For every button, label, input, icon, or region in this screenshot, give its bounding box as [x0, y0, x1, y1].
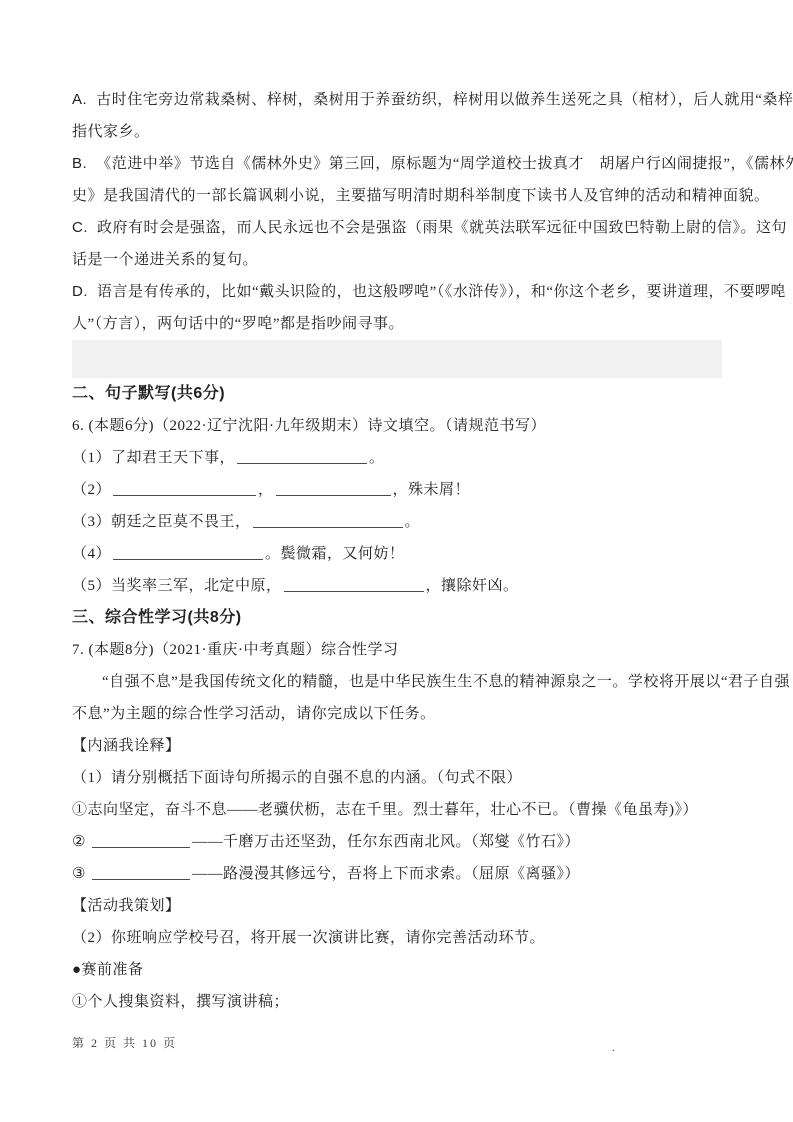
option-a-label: A. [72, 91, 87, 108]
option-c-line-2: 话是一个递进关系的复句。 [72, 244, 721, 276]
dictation-item-2-pre: （2） [72, 482, 111, 498]
option-d-line-2: 人”（方言），两句话中的“罗唣”都是指吵闹寻事。 [72, 308, 721, 340]
poem-item-3: ③——路漫漫其修远兮，吾将上下而求索。（屈原《离骚》） [72, 858, 721, 890]
section3-heading: 三、综合性学习(共8分) [72, 602, 721, 634]
stray-period-mark: . [612, 1040, 615, 1055]
option-d-line-1: D.语言是有传承的，比如“戴头识险的，也这般啰唣”（《水浒传》），和“你这个老乡… [72, 276, 721, 308]
step-item-1: ①个人搜集资料，撰写演讲稿； [72, 986, 721, 1018]
poem-item-2-text: ——千磨万击还坚劲，任尔东西南北风。（郑燮《竹石》） [192, 834, 580, 850]
option-c-text-2: 话是一个递进关系的复句。 [72, 252, 258, 268]
dictation-item-4: （4）。鬓微霜，又何妨！ [72, 538, 721, 570]
option-b-line-2: 史》是我国清代的一部长篇讽刺小说，主要描写明清时期科举制度下读书人及官绅的活动和… [72, 180, 721, 212]
page-content: A.古时住宅旁边常栽桑树、梓树，桑树用于养蚕纺织，梓树用以做养生送死之具（棺材）… [72, 84, 721, 1018]
document-page: A.古时住宅旁边常栽桑树、梓树，桑树用于养蚕纺织，梓树用以做养生送死之具（棺材）… [0, 0, 793, 1122]
dictation-item-3: （3）朝廷之臣莫不畏王，。 [72, 506, 721, 538]
answer-blank-poem-2[interactable] [92, 834, 190, 848]
answer-blank-5[interactable] [284, 578, 424, 592]
dictation-item-4-pre: （4） [72, 546, 111, 562]
dictation-item-5: （5）当奖率三军，北定中原，，攘除奸凶。 [72, 570, 721, 602]
option-d-text-2: 人”（方言），两句话中的“罗唣”都是指吵闹寻事。 [72, 316, 404, 332]
subquestion-1: （1）请分别概括下面诗句所揭示的自强不息的内涵。（句式不限） [72, 762, 721, 794]
dictation-item-1: （1）了却君王天下事，。 [72, 442, 721, 474]
dictation-item-2-post: ，殊未屑！ [393, 482, 471, 498]
option-c-line-1: C.政府有时会是强盗，而人民永远也不会是强盗（雨果《就英法联军远征中国致巴特勒上… [72, 212, 721, 244]
poem-item-1: ①志向坚定，奋斗不息——老骥伏枥，志在千里。烈士暮年，壮心不已。（曹操《龟虽寿)… [72, 794, 721, 826]
highlighted-empty-paragraph [72, 340, 722, 378]
dictation-item-3-pre: （3）朝廷之臣莫不畏王， [72, 514, 251, 530]
answer-blank-poem-3[interactable] [92, 866, 190, 880]
dictation-item-1-post: 。 [369, 450, 385, 466]
option-a-text-2: 指代家乡。 [72, 124, 150, 140]
option-b-text-1: 《范进中举》节选自《儒林外史》第三回，原标题为“周学道校士拔真才 胡屠户行凶闹捷… [96, 156, 793, 172]
question7-passage-line-2: 不息”为主题的综合性学习活动，请你完成以下任务。 [72, 698, 721, 730]
part2-heading: 【活动我策划】 [72, 890, 721, 922]
option-a-line-2: 指代家乡。 [72, 116, 721, 148]
option-a-line-1: A.古时住宅旁边常栽桑树、梓树，桑树用于养蚕纺织，梓树用以做养生送死之具（棺材）… [72, 84, 721, 116]
question6-intro: 6. (本题6分)（2022·辽宁沈阳·九年级期末）诗文填空。（请规范书写） [72, 410, 721, 442]
dictation-item-4-post: 。鬓微霜，又何妨！ [265, 546, 405, 562]
option-c-label: C. [72, 219, 88, 236]
answer-blank-4[interactable] [113, 546, 263, 560]
dictation-item-1-pre: （1）了却君王天下事， [72, 450, 235, 466]
option-b-text-2: 史》是我国清代的一部长篇讽刺小说，主要描写明清时期科举制度下读书人及官绅的活动和… [72, 188, 770, 204]
dictation-item-5-pre: （5）当奖率三军，北定中原， [72, 578, 282, 594]
option-c-text-1: 政府有时会是强盗，而人民永远也不会是强盗（雨果《就英法联军远征中国致巴特勒上尉的… [97, 220, 787, 236]
poem-item-2-number: ② [72, 834, 86, 850]
option-b-label: B. [72, 155, 87, 172]
bullet-pre-competition: ●赛前准备 [72, 954, 721, 986]
question7-passage-line-1: “自强不息”是我国传统文化的精髓，也是中华民族生生不息的精神源泉之一。学校将开展… [72, 666, 721, 698]
section2-heading: 二、句子默写(共6分) [72, 378, 721, 410]
poem-item-2: ②——千磨万击还坚劲，任尔东西南北风。（郑燮《竹石》） [72, 826, 721, 858]
dictation-item-2: （2），，殊未屑！ [72, 474, 721, 506]
page-number-footer: 第 2 页 共 10 页 [72, 1034, 177, 1052]
answer-blank-3[interactable] [253, 514, 403, 528]
option-d-label: D. [72, 283, 88, 300]
dictation-item-5-post: ，攘除奸凶。 [426, 578, 519, 594]
option-a-text-1: 古时住宅旁边常栽桑树、梓树，桑树用于养蚕纺织，梓树用以做养生送死之具（棺材），后… [96, 92, 793, 108]
dictation-item-2-mid: ， [258, 482, 274, 498]
answer-blank-2a[interactable] [113, 482, 256, 496]
poem-item-3-text: ——路漫漫其修远兮，吾将上下而求索。（屈原《离骚》） [192, 866, 580, 882]
option-b-line-1: B.《范进中举》节选自《儒林外史》第三回，原标题为“周学道校士拔真才 胡屠户行凶… [72, 148, 721, 180]
subquestion-2: （2）你班响应学校号召，将开展一次演讲比赛，请你完善活动环节。 [72, 922, 721, 954]
part1-heading: 【内涵我诠释】 [72, 730, 721, 762]
answer-blank-1[interactable] [237, 450, 367, 464]
answer-blank-2b[interactable] [276, 482, 391, 496]
question7-intro: 7. (本题8分)（2021·重庆·中考真题）综合性学习 [72, 634, 721, 666]
option-d-text-1: 语言是有传承的，比如“戴头识险的，也这般啰唣”（《水浒传》），和“你这个老乡，要… [97, 284, 786, 300]
dictation-item-3-post: 。 [405, 514, 421, 530]
poem-item-3-number: ③ [72, 866, 86, 882]
